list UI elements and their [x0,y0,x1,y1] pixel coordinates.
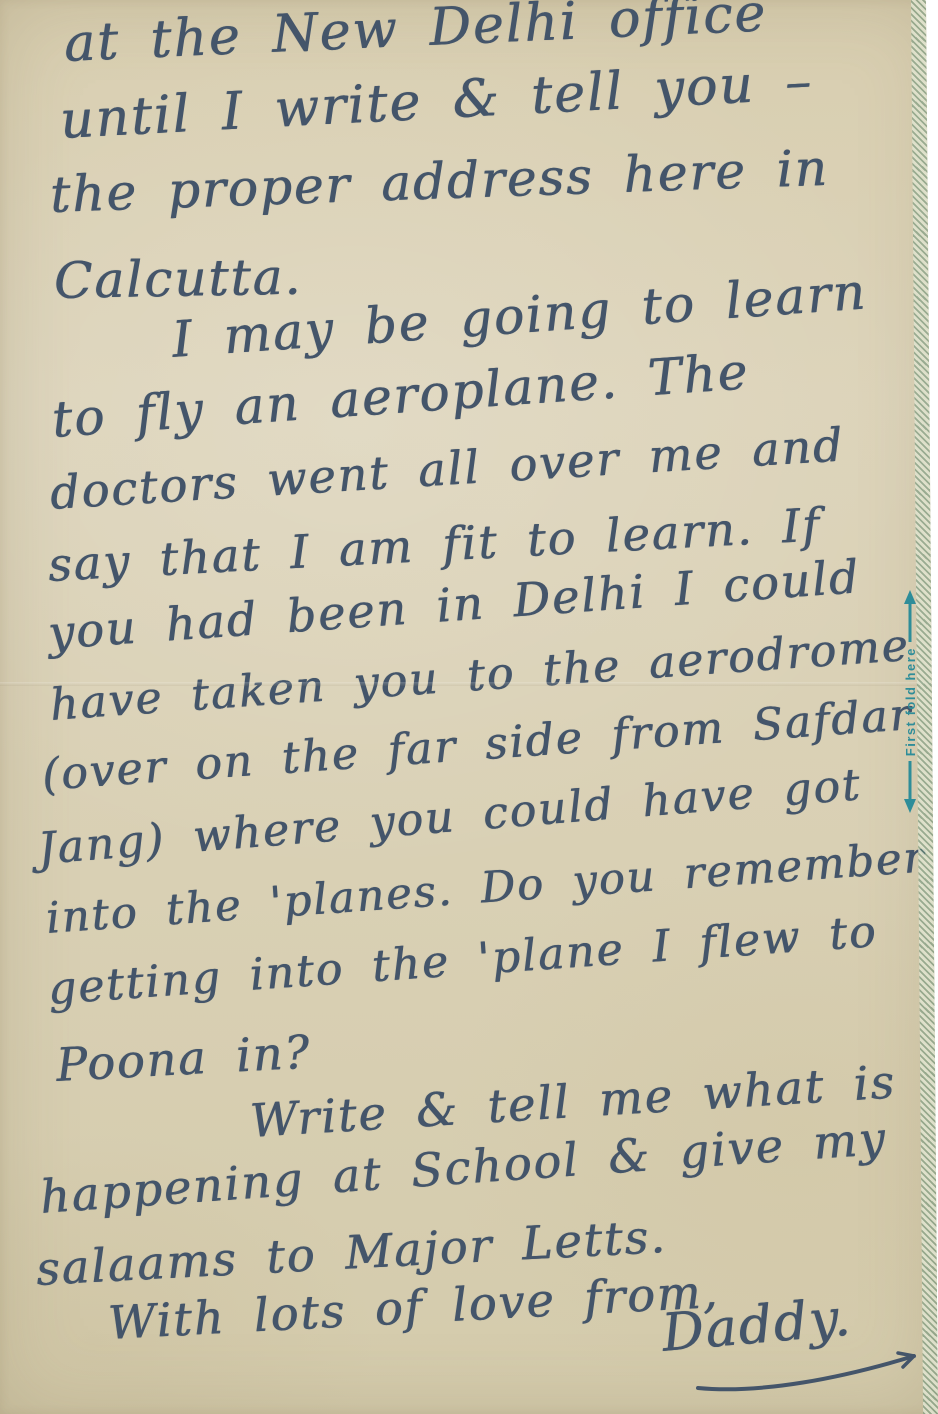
scan-background: at the New Delhi officeuntil I write & t… [0,0,938,1414]
handwritten-line: Calcutta. [54,252,303,306]
fold-label: First fold here [903,647,918,756]
letter-page: at the New Delhi officeuntil I write & t… [0,0,938,1414]
handwritten-line: Poona in? [55,1029,312,1088]
signature-underline [692,1344,930,1400]
handwritten-line: the proper address here in [49,143,829,220]
fold-up-arrow-icon [903,590,917,642]
fold-down-arrow-icon [903,761,917,813]
fold-crease [0,682,938,686]
